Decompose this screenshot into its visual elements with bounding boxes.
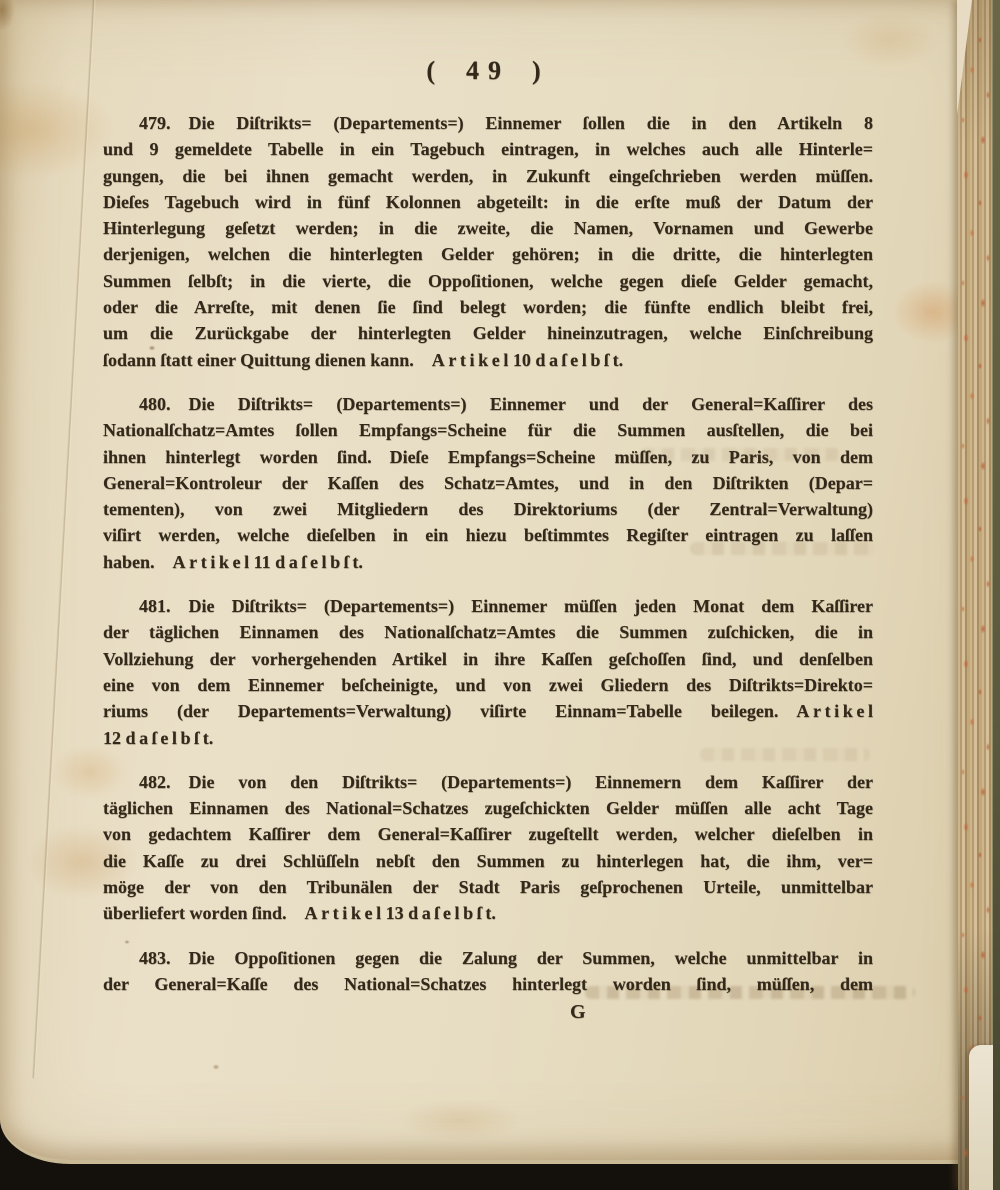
paragraph-480: 480. Die Diſtrikts= (Departements=) Einn… [103, 391, 873, 575]
text-line: 482. Die von den Diſtrikts= (Departement… [103, 769, 873, 795]
paragraph-479: 479. Die Diſtrikts= (Departements=) Einn… [103, 110, 873, 373]
text-line: möge der von den Tribunälen der Stadt Pa… [103, 874, 873, 900]
text-line: überliefert worden ſind. A r t i k e l 1… [103, 900, 873, 926]
text-line: ſodann ſtatt einer Quittung dienen kann.… [103, 347, 873, 373]
text-line: riums (der Departements=Verwaltung) viſi… [103, 698, 873, 724]
text-line: 483. Die Oppoſitionen gegen die Zalung d… [103, 945, 873, 971]
text-line: ihnen hinterlegt worden ſind. Dieſe Empf… [103, 444, 873, 470]
book-fore-edge-stack [958, 0, 1000, 1190]
text-line: General=Kontroleur der Kaſſen des Schatz… [103, 470, 873, 496]
book-scan: ( 49 ) 479. Die Diſtrikts= (Departements… [0, 0, 1000, 1190]
text-line: von gedachtem Kaſſirer dem General=Kaſſi… [103, 821, 873, 847]
text-line: der täglichen Einnamen des Nationalſchat… [103, 619, 873, 645]
text-line: Summen ſelbſt; in die vierte, die Oppoſi… [103, 268, 873, 294]
text-line: täglichen Einnamen des National=Schatzes… [103, 795, 873, 821]
signature-mark: G [103, 999, 873, 1025]
text-line: haben. A r t i k e l 11 d a ſ e l b ſ t. [103, 549, 873, 575]
text-line: tementen), von zwei Mitgliedern des Dire… [103, 496, 873, 522]
text-line: 480. Die Diſtrikts= (Departements=) Einn… [103, 391, 873, 417]
text-line: oder die Arreſte, mit denen ſie ſind bel… [103, 294, 873, 320]
text-line: 481. Die Diſtrikts= (Departements=) Einn… [103, 593, 873, 619]
paragraph-483: 483. Die Oppoſitionen gegen die Zalung d… [103, 945, 873, 998]
paragraph-481: 481. Die Diſtrikts= (Departements=) Einn… [103, 593, 873, 751]
paragraph-482: 482. Die von den Diſtrikts= (Departement… [103, 769, 873, 927]
text-line: der General=Kaſſe des National=Schatzes … [103, 971, 873, 997]
page-number: ( 49 ) [103, 54, 873, 90]
text-line: die Kaſſe zu drei Schlüſſeln nebſt den S… [103, 848, 873, 874]
edge-shadow-strip [992, 0, 1000, 1190]
text-line: 12 d a ſ e l b ſ t. [103, 725, 873, 751]
text-line: 479. Die Diſtrikts= (Departements=) Einn… [103, 110, 873, 136]
text-block: ( 49 ) 479. Die Diſtrikts= (Departements… [103, 0, 873, 1026]
text-line: um die Zurückgabe der hinterlegten Gelde… [103, 320, 873, 346]
text-line: viſirt werden, welche dieſelben in ein h… [103, 522, 873, 548]
underlying-page-corner [969, 1045, 993, 1190]
text-line: Dieſes Tagebuch wird in fünf Kolonnen ab… [103, 189, 873, 215]
text-line: eine von dem Einnemer beſcheinigte, und … [103, 672, 873, 698]
text-line: und 9 gemeldete Tabelle in ein Tagebuch … [103, 136, 873, 162]
text-line: Hinterlegung geſetzt werden; in die zwei… [103, 215, 873, 241]
text-line: Vollziehung der vorhergehenden Artikel i… [103, 646, 873, 672]
paper-crease [32, 0, 96, 1079]
book-page: ( 49 ) 479. Die Diſtrikts= (Departements… [0, 0, 1000, 1164]
text-line: gungen, die bei ihnen gemacht werden, in… [103, 163, 873, 189]
text-line: Nationalſchatz=Amtes ſollen Empfangs=Sch… [103, 417, 873, 443]
text-line: derjenigen, welchen die hinterlegten Gel… [103, 241, 873, 267]
